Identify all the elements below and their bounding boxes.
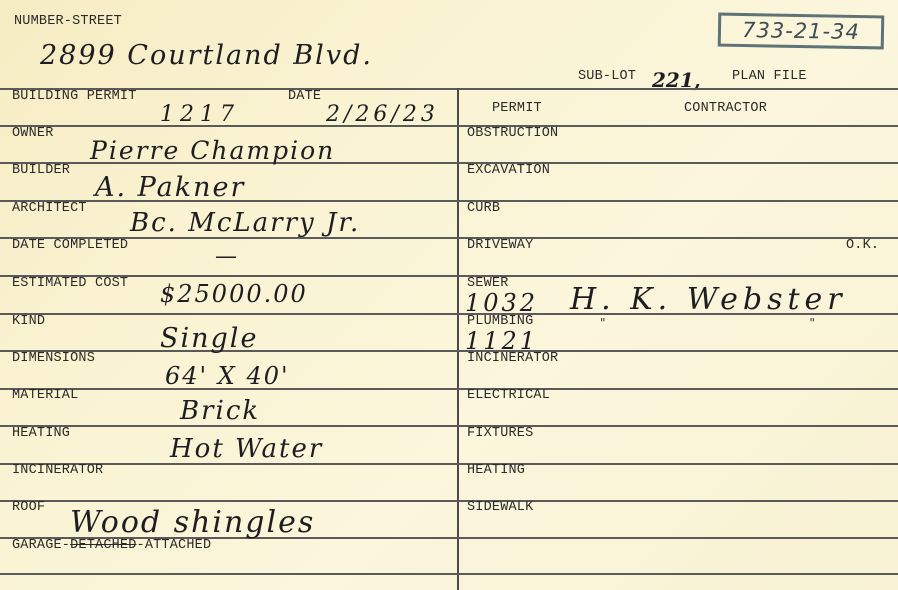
permit-curb-label: CURB xyxy=(467,202,500,216)
number-street-value: 2899 Courtland Blvd. xyxy=(40,42,373,69)
permit-plumbing-contractor: " " xyxy=(600,317,898,329)
owner-label: OWNER xyxy=(12,127,54,141)
rule-line xyxy=(0,125,898,127)
rule-line xyxy=(0,275,898,277)
material-label: MATERIAL xyxy=(12,389,78,403)
permit-driveway-note: O.K. xyxy=(846,239,879,253)
garage-suffix: -ATTACHED xyxy=(137,538,212,553)
sub-lot-value: 221, xyxy=(652,70,701,90)
heating-label: HEATING xyxy=(12,427,70,441)
contractor-column-header: CONTRACTOR xyxy=(684,102,767,116)
permit-sewer-contractor: H. K. Webster xyxy=(570,285,847,315)
owner-value: Pierre Champion xyxy=(90,138,335,163)
garage-label: GARAGE-DETACHED-ATTACHED xyxy=(12,539,211,553)
rule-line xyxy=(0,350,898,352)
permit-electrical-label: ELECTRICAL xyxy=(467,389,550,403)
architect-value: Bc. McLarry Jr. xyxy=(130,210,360,236)
heating-value: Hot Water xyxy=(170,436,323,462)
roof-label: ROOF xyxy=(12,501,45,515)
rule-line xyxy=(0,573,898,575)
date-value: 2/26/23 xyxy=(326,104,439,126)
building-permit-value: 1217 xyxy=(160,104,240,126)
permit-plumbing-number: 1121 xyxy=(465,329,538,353)
permit-column-header: PERMIT xyxy=(492,102,542,116)
sub-lot-label: SUB-LOT xyxy=(578,70,636,84)
number-street-label: NUMBER-STREET xyxy=(14,15,122,29)
garage-prefix: GARAGE- xyxy=(12,538,70,553)
file-number-stamp: 733-21-34 xyxy=(718,13,885,50)
permit-incinerator-label: INCINERATOR xyxy=(467,352,558,366)
kind-value: Single xyxy=(160,325,258,352)
plan-file-label: PLAN FILE xyxy=(732,70,807,84)
building-permit-label: BUILDING PERMIT xyxy=(12,90,137,104)
roof-value: Wood shingles xyxy=(70,508,315,538)
garage-detached-struck: DETACHED xyxy=(70,538,136,553)
dimensions-label: DIMENSIONS xyxy=(12,352,95,366)
date-completed-label: DATE COMPLETED xyxy=(12,239,128,253)
permit-record-card: 733-21-34 NUMBER-STREET 2899 Courtland B… xyxy=(0,0,898,590)
dimensions-value: 64' X 40' xyxy=(165,364,290,388)
material-value: Brick xyxy=(180,398,260,424)
rule-line xyxy=(0,425,898,427)
date-completed-value: — xyxy=(215,246,239,268)
estimated-cost-value: $25000.00 xyxy=(160,282,308,306)
builder-label: BUILDER xyxy=(12,164,70,178)
rule-line xyxy=(0,500,898,502)
architect-label: ARCHITECT xyxy=(12,202,87,216)
rule-line xyxy=(0,388,898,390)
permit-excavation-label: EXCAVATION xyxy=(467,164,550,178)
permit-obstruction-label: OBSTRUCTION xyxy=(467,127,558,141)
permit-fixtures-label: FIXTURES xyxy=(467,427,533,441)
estimated-cost-label: ESTIMATED COST xyxy=(12,277,128,291)
rule-line xyxy=(0,463,898,465)
permit-driveway-label: DRIVEWAY xyxy=(467,239,533,253)
permit-sewer-number: 1032 xyxy=(465,291,538,315)
builder-value: A. Pakner xyxy=(95,174,245,201)
permit-heating-label: HEATING xyxy=(467,464,525,478)
permit-sidewalk-label: SIDEWALK xyxy=(467,501,533,515)
incinerator-label: INCINERATOR xyxy=(12,464,103,478)
kind-label: KIND xyxy=(12,315,45,329)
date-label: DATE xyxy=(288,90,321,104)
